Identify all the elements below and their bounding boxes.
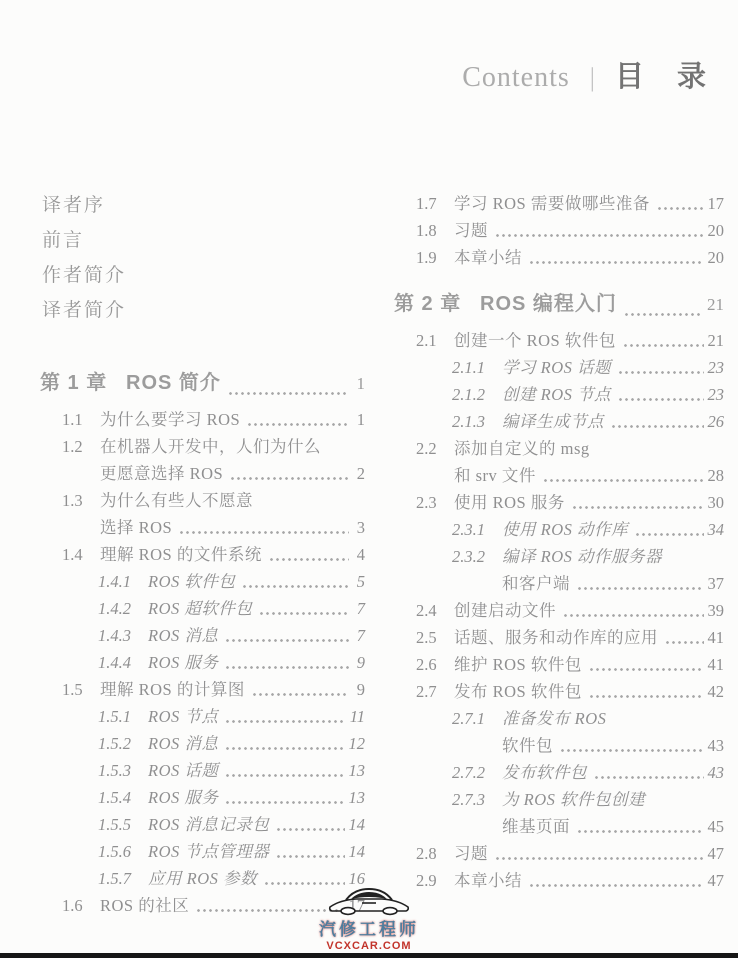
toc-entry-number: 1.4.1 bbox=[98, 568, 148, 595]
dot-leader bbox=[277, 855, 344, 858]
toc-page-number: 43 bbox=[708, 759, 725, 786]
toc-entry-number: 2.1.2 bbox=[452, 381, 502, 408]
toc-entry-row: 选择 ROS3 bbox=[40, 514, 365, 541]
toc-page-number: 42 bbox=[708, 678, 725, 705]
toc-entry-row: 1.7学习 ROS 需要做哪些准备17 bbox=[394, 190, 724, 217]
toc-entry-row: 1.2在机器人开发中，人们为什么 bbox=[40, 433, 365, 460]
toc-entry-title: 创建 ROS 节点 bbox=[502, 381, 611, 408]
dot-leader bbox=[277, 828, 344, 831]
toc-entry-number: 2.3 bbox=[416, 489, 454, 516]
dot-leader bbox=[253, 693, 349, 696]
dot-leader bbox=[243, 585, 349, 588]
toc-entry-number: 1.5 bbox=[62, 676, 100, 703]
dot-leader bbox=[530, 261, 704, 264]
toc-entry-title: ROS 软件包 bbox=[148, 568, 235, 595]
toc-chapter-row: 第 1 章ROS 简介1 bbox=[40, 364, 365, 402]
toc-entry-number: 1.5.1 bbox=[98, 703, 148, 730]
dot-leader bbox=[561, 749, 704, 752]
toc-entry-title: ROS 消息记录包 bbox=[148, 811, 269, 838]
toc-entry-row: 2.3.1使用 ROS 动作库34 bbox=[394, 516, 724, 543]
dot-leader bbox=[226, 774, 344, 777]
toc-entries-left: 第 1 章ROS 简介11.1为什么要学习 ROS11.2在机器人开发中，人们为… bbox=[40, 350, 365, 919]
toc-entry-title: 本章小结 bbox=[454, 244, 522, 271]
toc-entry-row: 1.5理解 ROS 的计算图9 bbox=[40, 676, 365, 703]
toc-page-number: 11 bbox=[350, 703, 365, 730]
toc-entry-title: 使用 ROS 动作库 bbox=[502, 516, 628, 543]
toc-page-number: 28 bbox=[708, 462, 725, 489]
front-matter-list: 译者序前言作者简介译者简介 bbox=[42, 188, 126, 328]
dot-leader bbox=[578, 830, 704, 833]
toc-page-number: 47 bbox=[708, 840, 725, 867]
toc-entry-row: 1.5.2ROS 消息12 bbox=[40, 730, 365, 757]
toc-entry-row: 2.1.1学习 ROS 话题23 bbox=[394, 354, 724, 381]
dot-leader bbox=[595, 776, 704, 779]
toc-entry-row: 和客户端37 bbox=[394, 570, 724, 597]
toc-entry-number: 1.4.4 bbox=[98, 649, 148, 676]
toc-entry-title: 和客户端 bbox=[502, 570, 570, 597]
toc-entry-number: 2.7.1 bbox=[452, 705, 502, 732]
toc-entry-title: 创建启动文件 bbox=[454, 597, 556, 624]
toc-entry-number: 2.3.1 bbox=[452, 516, 502, 543]
toc-entry-row: 维基页面45 bbox=[394, 813, 724, 840]
dot-leader bbox=[658, 207, 704, 210]
toc-entry-title: ROS 编程入门 bbox=[480, 285, 617, 323]
toc-entry-title: ROS 服务 bbox=[148, 649, 218, 676]
toc-entry-title: 话题、服务和动作库的应用 bbox=[454, 624, 658, 651]
dot-leader bbox=[231, 477, 349, 480]
toc-page-number: 20 bbox=[708, 217, 725, 244]
dot-leader bbox=[636, 533, 704, 536]
toc-entry-title: 学习 ROS 话题 bbox=[502, 354, 611, 381]
toc-entry-number: 1.8 bbox=[416, 217, 454, 244]
toc-entry-title: 学习 ROS 需要做哪些准备 bbox=[454, 190, 650, 217]
toc-entry-title: 为什么有些人不愿意 bbox=[100, 487, 253, 514]
dot-leader bbox=[564, 614, 704, 617]
toc-entry-row: 2.6维护 ROS 软件包41 bbox=[394, 651, 724, 678]
toc-page-number: 7 bbox=[353, 595, 365, 622]
dot-leader bbox=[270, 558, 349, 561]
page-bottom-edge bbox=[0, 953, 738, 958]
toc-entry-title: 创建一个 ROS 软件包 bbox=[454, 327, 616, 354]
toc-entry-title: 软件包 bbox=[502, 732, 553, 759]
toc-page-number: 21 bbox=[708, 327, 725, 354]
toc-entry-title: 在机器人开发中，人们为什么 bbox=[100, 433, 321, 460]
toc-page-number: 17 bbox=[708, 190, 725, 217]
toc-entry-number: 1.5.4 bbox=[98, 784, 148, 811]
toc-entry-row: 1.5.4ROS 服务13 bbox=[40, 784, 365, 811]
toc-entry-title: 为什么要学习 ROS bbox=[100, 406, 240, 433]
toc-entry-number: 2.1.1 bbox=[452, 354, 502, 381]
toc-entry-row: 更愿意选择 ROS2 bbox=[40, 460, 365, 487]
dot-leader bbox=[260, 612, 349, 615]
toc-entry-row: 1.4.2ROS 超软件包7 bbox=[40, 595, 365, 622]
toc-entry-title: ROS 消息 bbox=[148, 622, 218, 649]
toc-entry-row: 1.1为什么要学习 ROS1 bbox=[40, 406, 365, 433]
front-matter-item: 前言 bbox=[42, 223, 126, 258]
toc-entry-number: 1.7 bbox=[416, 190, 454, 217]
toc-entry-number: 1.5.6 bbox=[98, 838, 148, 865]
toc-entry-row: 2.7.3为 ROS 软件包创建 bbox=[394, 786, 724, 813]
toc-page-number: 7 bbox=[353, 622, 365, 649]
toc-page-number: 23 bbox=[708, 354, 725, 381]
toc-entry-title: 维基页面 bbox=[502, 813, 570, 840]
toc-entry-number: 1.1 bbox=[62, 406, 100, 433]
toc-entry-title: ROS 超软件包 bbox=[148, 595, 252, 622]
toc-entry-title: 使用 ROS 服务 bbox=[454, 489, 565, 516]
toc-entry-number: 2.7 bbox=[416, 678, 454, 705]
toc-entry-row: 2.7发布 ROS 软件包42 bbox=[394, 678, 724, 705]
dot-leader bbox=[578, 587, 704, 590]
dot-leader bbox=[612, 425, 704, 428]
toc-entry-number: 2.7.3 bbox=[452, 786, 502, 813]
toc-entry-row: 2.8习题47 bbox=[394, 840, 724, 867]
header-english-title: Contents bbox=[462, 62, 570, 94]
toc-entry-row: 1.3为什么有些人不愿意 bbox=[40, 487, 365, 514]
toc-page-number: 37 bbox=[708, 570, 725, 597]
toc-entry-row: 1.5.1ROS 节点11 bbox=[40, 703, 365, 730]
toc-chapter-row: 第 2 章ROS 编程入门21 bbox=[394, 285, 724, 323]
toc-entry-row: 2.7.1准备发布 ROS bbox=[394, 705, 724, 732]
toc-entry-row: 1.4.4ROS 服务9 bbox=[40, 649, 365, 676]
toc-entry-row: 1.9本章小结20 bbox=[394, 244, 724, 271]
header-chinese-title: 目 录 bbox=[615, 54, 708, 95]
toc-entry-number: 1.5.5 bbox=[98, 811, 148, 838]
toc-page-number: 5 bbox=[353, 568, 365, 595]
dot-leader bbox=[226, 801, 344, 804]
toc-entry-title: 更愿意选择 ROS bbox=[100, 460, 223, 487]
toc-entry-title: 发布 ROS 软件包 bbox=[454, 678, 582, 705]
toc-entry-number: 1.4 bbox=[62, 541, 100, 568]
toc-entry-row: 1.5.3ROS 话题13 bbox=[40, 757, 365, 784]
dot-leader bbox=[496, 234, 704, 237]
toc-entry-number: 2.1.3 bbox=[452, 408, 502, 435]
toc-entry-row: 1.4.1ROS 软件包5 bbox=[40, 568, 365, 595]
toc-page-number: 1 bbox=[353, 365, 365, 403]
dot-leader bbox=[496, 857, 704, 860]
toc-entries-right: 1.7学习 ROS 需要做哪些准备171.8习题201.9本章小结20第 2 章… bbox=[394, 190, 724, 894]
toc-entry-row: 软件包43 bbox=[394, 732, 724, 759]
front-matter-item: 作者简介 bbox=[42, 258, 126, 293]
dot-leader bbox=[590, 695, 704, 698]
toc-entry-title: 添加自定义的 msg bbox=[454, 435, 590, 462]
toc-page-number: 2 bbox=[353, 460, 365, 487]
toc-page-number: 20 bbox=[708, 244, 725, 271]
toc-page-number: 9 bbox=[353, 649, 365, 676]
toc-entry-title: 习题 bbox=[454, 217, 488, 244]
dot-leader bbox=[226, 720, 345, 723]
toc-entry-row: 2.1创建一个 ROS 软件包21 bbox=[394, 327, 724, 354]
page-header: Contents | 目 录 bbox=[462, 54, 708, 95]
toc-page-number: 13 bbox=[349, 757, 366, 784]
toc-entry-number: 1.2 bbox=[62, 433, 100, 460]
toc-entry-title: 理解 ROS 的文件系统 bbox=[100, 541, 262, 568]
toc-entry-number: 2.7.2 bbox=[452, 759, 502, 786]
toc-entry-number: 1.4.2 bbox=[98, 595, 148, 622]
toc-entry-number: 第 1 章 bbox=[40, 364, 126, 402]
watermark-domain-text: VCXCAR.COM bbox=[326, 940, 411, 952]
toc-entry-title: ROS 节点管理器 bbox=[148, 838, 269, 865]
dot-leader bbox=[248, 423, 349, 426]
toc-entry-number: 1.3 bbox=[62, 487, 100, 514]
toc-page-number: 12 bbox=[349, 730, 366, 757]
toc-entry-title: ROS 简介 bbox=[126, 364, 221, 402]
front-matter-item: 译者序 bbox=[42, 188, 126, 223]
front-matter-item: 译者简介 bbox=[42, 293, 126, 328]
toc-entry-row: 2.4创建启动文件39 bbox=[394, 597, 724, 624]
dot-leader bbox=[625, 313, 703, 316]
car-logo-icon bbox=[326, 887, 412, 917]
toc-entry-row: 1.4.3ROS 消息7 bbox=[40, 622, 365, 649]
toc-entry-number: 2.8 bbox=[416, 840, 454, 867]
toc-entry-number: 1.5.3 bbox=[98, 757, 148, 784]
toc-page-number: 41 bbox=[708, 651, 725, 678]
toc-entry-row: 和 srv 文件28 bbox=[394, 462, 724, 489]
toc-entry-number: 第 2 章 bbox=[394, 285, 480, 323]
dot-leader bbox=[619, 371, 704, 374]
toc-entry-title: 发布软件包 bbox=[502, 759, 587, 786]
dot-leader bbox=[226, 639, 349, 642]
toc-entry-row: 2.2添加自定义的 msg bbox=[394, 435, 724, 462]
toc-entry-title: 习题 bbox=[454, 840, 488, 867]
toc-entry-row: 1.5.5ROS 消息记录包14 bbox=[40, 811, 365, 838]
dot-leader bbox=[624, 344, 704, 347]
dot-leader bbox=[573, 506, 704, 509]
toc-page-number: 23 bbox=[708, 381, 725, 408]
dot-leader bbox=[226, 747, 344, 750]
toc-entry-row: 2.1.3编译生成节点26 bbox=[394, 408, 724, 435]
toc-entry-number: 2.6 bbox=[416, 651, 454, 678]
dot-leader bbox=[226, 666, 349, 669]
toc-page-number: 43 bbox=[708, 732, 725, 759]
watermark: 汽修工程师 VCXCAR.COM bbox=[0, 887, 738, 952]
toc-entry-row: 2.7.2发布软件包43 bbox=[394, 759, 724, 786]
toc-entry-row: 1.5.6ROS 节点管理器14 bbox=[40, 838, 365, 865]
dot-leader bbox=[180, 531, 349, 534]
toc-entry-number: 2.5 bbox=[416, 624, 454, 651]
toc-page-number: 30 bbox=[708, 489, 725, 516]
header-divider: | bbox=[590, 63, 595, 93]
toc-page-number: 1 bbox=[353, 406, 365, 433]
toc-entry-title: 和 srv 文件 bbox=[454, 462, 536, 489]
toc-entry-row: 1.4理解 ROS 的文件系统4 bbox=[40, 541, 365, 568]
toc-page-number: 3 bbox=[353, 514, 365, 541]
toc-entry-number: 1.9 bbox=[416, 244, 454, 271]
toc-page-number: 9 bbox=[353, 676, 365, 703]
dot-leader bbox=[619, 398, 704, 401]
dot-leader bbox=[590, 668, 704, 671]
toc-entry-row: 2.1.2创建 ROS 节点23 bbox=[394, 381, 724, 408]
toc-entry-title: ROS 节点 bbox=[148, 703, 218, 730]
toc-entry-title: 准备发布 ROS bbox=[502, 705, 606, 732]
toc-page-number: 41 bbox=[708, 624, 725, 651]
toc-page-number: 4 bbox=[353, 541, 365, 568]
dot-leader bbox=[544, 479, 704, 482]
toc-entry-number: 2.4 bbox=[416, 597, 454, 624]
toc-page-number: 45 bbox=[708, 813, 725, 840]
toc-entry-title: 选择 ROS bbox=[100, 514, 172, 541]
toc-page-number: 21 bbox=[707, 286, 724, 324]
toc-page-number: 14 bbox=[349, 838, 366, 865]
toc-entry-title: ROS 消息 bbox=[148, 730, 218, 757]
toc-entry-number: 2.1 bbox=[416, 327, 454, 354]
toc-entry-number: 2.2 bbox=[416, 435, 454, 462]
toc-entry-title: 维护 ROS 软件包 bbox=[454, 651, 582, 678]
toc-entry-title: 编译生成节点 bbox=[502, 408, 604, 435]
toc-entry-number: 1.5.2 bbox=[98, 730, 148, 757]
toc-entry-row: 2.3使用 ROS 服务30 bbox=[394, 489, 724, 516]
toc-entry-title: 编译 ROS 动作服务器 bbox=[502, 543, 662, 570]
toc-page-number: 26 bbox=[708, 408, 725, 435]
toc-page-number: 34 bbox=[708, 516, 725, 543]
toc-page-number: 14 bbox=[349, 811, 366, 838]
toc-entry-number: 1.4.3 bbox=[98, 622, 148, 649]
book-toc-page: Contents | 目 录 译者序前言作者简介译者简介 第 1 章ROS 简介… bbox=[0, 0, 738, 958]
toc-entry-title: ROS 服务 bbox=[148, 784, 218, 811]
toc-entry-title: ROS 话题 bbox=[148, 757, 218, 784]
toc-entry-title: 理解 ROS 的计算图 bbox=[100, 676, 245, 703]
toc-entry-title: 为 ROS 软件包创建 bbox=[502, 786, 645, 813]
toc-entry-row: 2.3.2编译 ROS 动作服务器 bbox=[394, 543, 724, 570]
toc-entry-number: 2.3.2 bbox=[452, 543, 502, 570]
toc-page-number: 13 bbox=[349, 784, 366, 811]
dot-leader bbox=[265, 882, 345, 885]
dot-leader bbox=[666, 641, 704, 644]
toc-entry-row: 1.8习题20 bbox=[394, 217, 724, 244]
toc-entry-row: 2.5话题、服务和动作库的应用41 bbox=[394, 624, 724, 651]
dot-leader bbox=[229, 392, 349, 395]
watermark-brand-text: 汽修工程师 bbox=[319, 915, 419, 940]
toc-page-number: 39 bbox=[708, 597, 725, 624]
